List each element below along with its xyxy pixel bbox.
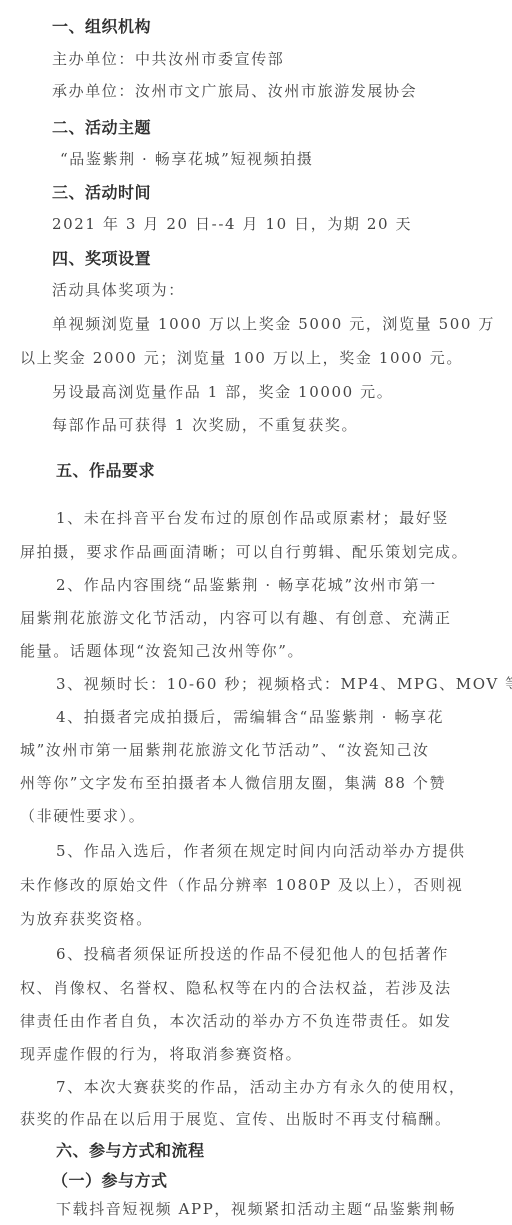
requirement-line: 律责任由作者自负，本次活动的举办方不负连带责任。如发: [20, 1010, 452, 1031]
co-organizer-line: 承办单位：汝州市文广旅局、汝州市旅游发展协会: [52, 80, 417, 101]
requirement-line: 6、投稿者须保证所投送的作品不侵犯他人的包括著作: [56, 943, 449, 964]
theme-line: “品鉴紫荆 · 畅享花城”短视频拍摄: [60, 148, 313, 169]
awards-line: 每部作品可获得 1 次奖励，不重复获奖。: [52, 414, 358, 435]
awards-line: 单视频浏览量 1000 万以上奖金 5000 元，浏览量 500 万: [52, 313, 495, 334]
section-heading-participation: 六、参与方式和流程: [56, 1138, 205, 1161]
requirement-line: 州等你”文字发布至拍摄者本人微信朋友圈，集满 88 个赞: [20, 772, 446, 793]
requirement-line: 屏拍摄，要求作品画面清晰；可以自行剪辑、配乐策划完成。: [20, 541, 468, 562]
awards-line: 以上奖金 2000 元；浏览量 100 万以上，奖金 1000 元。: [20, 347, 463, 368]
requirement-line: （非硬性要求）。: [20, 805, 145, 826]
section-heading-requirements: 五、作品要求: [56, 458, 155, 481]
subheading-participation-method: （一）参与方式: [52, 1168, 168, 1191]
requirement-line: 4、拍摄者完成拍摄后，需编辑含“品鉴紫荆 · 畅享花: [56, 706, 444, 727]
requirement-line: 城”汝州市第一届紫荆花旅游文化节活动”、“汝瓷知己汝: [20, 739, 430, 760]
awards-line: 另设最高浏览量作品 1 部，奖金 10000 元。: [52, 381, 393, 402]
section-heading-awards: 四、奖项设置: [52, 246, 151, 269]
requirement-line: 为放弃获奖资格。: [20, 908, 153, 929]
requirement-line: 1、未在抖音平台发布过的原创作品或原素材；最好竖: [56, 507, 449, 528]
requirement-line: 2、作品内容围绕“品鉴紫荆 · 畅享花城”汝州市第一: [56, 574, 437, 595]
participation-line: 下载抖音短视频 APP，视频紧扣活动主题“品鉴紫荆畅: [56, 1198, 456, 1219]
organizer-line: 主办单位：中共汝州市委宣传部: [52, 48, 284, 69]
requirement-line: 届紫荆花旅游文化节活动，内容可以有趣、有创意、充满正: [20, 607, 452, 628]
requirement-line: 获奖的作品在以后用于展览、宣传、出版时不再支付稿酬。: [20, 1108, 452, 1129]
requirement-line: 7、本次大赛获奖的作品，活动主办方有永久的使用权，: [56, 1076, 466, 1097]
requirement-line: 3、视频时长：10-60 秒；视频格式：MP4、MPG、MOV 等。: [56, 673, 512, 694]
section-heading-theme: 二、活动主题: [52, 115, 151, 138]
section-heading-organization: 一、组织机构: [52, 14, 151, 37]
requirement-line: 能量。话题体现“汝瓷知己汝州等你”。: [20, 640, 304, 661]
requirement-line: 未作修改的原始文件（作品分辨率 1080P 及以上），否则视: [20, 874, 463, 895]
time-line: 2021 年 3 月 20 日--4 月 10 日，为期 20 天: [52, 213, 412, 234]
section-heading-time: 三、活动时间: [52, 180, 151, 203]
awards-line: 活动具体奖项为：: [52, 279, 185, 300]
requirement-line: 5、作品入选后，作者须在规定时间内向活动举办方提供: [56, 840, 466, 861]
requirement-line: 现弄虚作假的行为，将取消参赛资格。: [20, 1043, 302, 1064]
requirement-line: 权、肖像权、名誉权、隐私权等在内的合法权益，若涉及法: [20, 977, 452, 998]
